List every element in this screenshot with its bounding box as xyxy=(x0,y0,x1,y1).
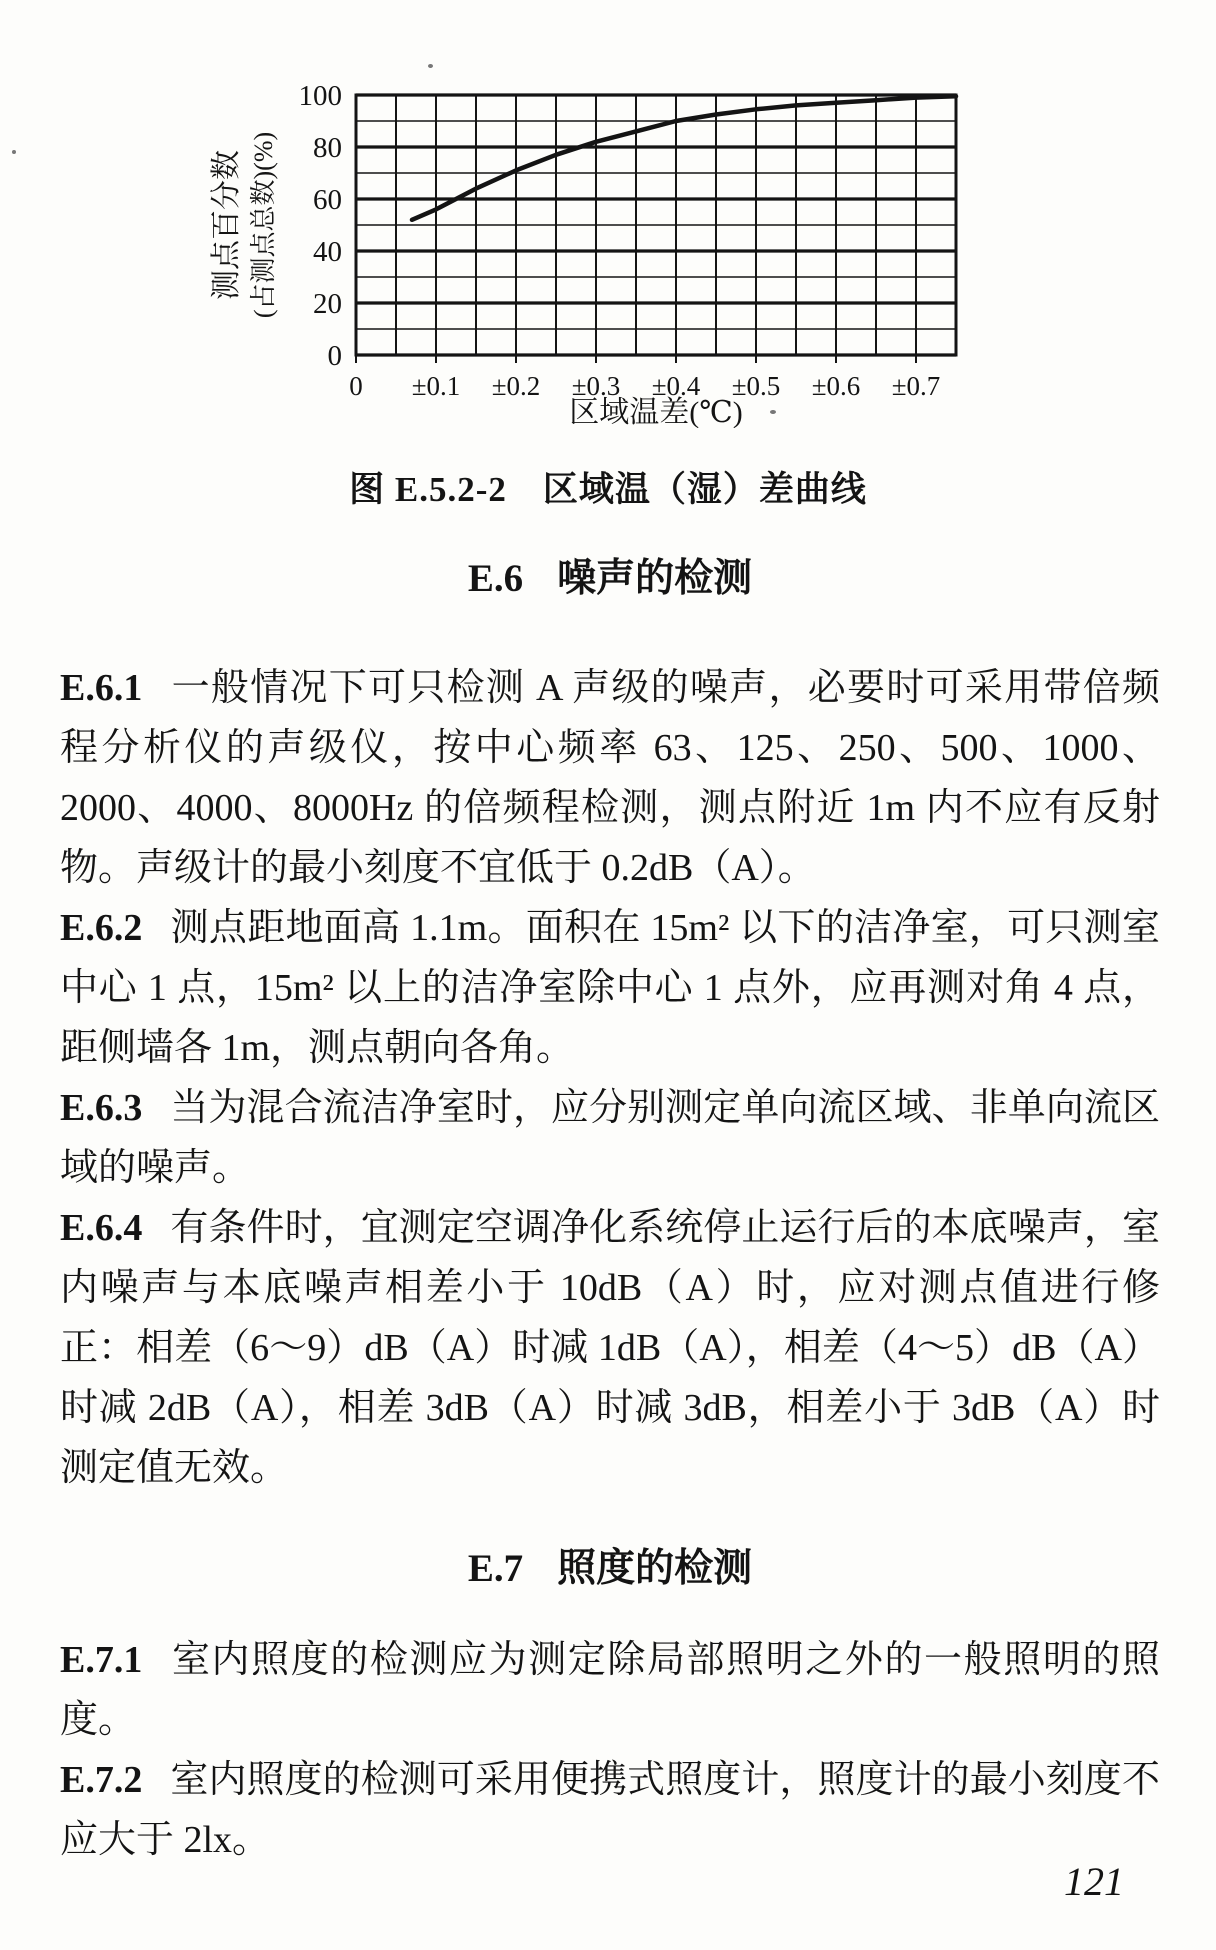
y-tick-label: 100 xyxy=(299,80,343,112)
paragraph-e63: E.6.3当为混合流洁净室时，应分别测定单向流区域、非单向流区域的噪声。 xyxy=(60,1078,1160,1198)
clause-text: 测点距地面高 1.1m。面积在 15m² 以下的洁净室，可只测室中心 1 点，1… xyxy=(60,907,1160,1069)
x-tick-label: ±0.6 xyxy=(812,371,861,401)
x-tick-label: 0 xyxy=(349,371,363,401)
data-curve xyxy=(412,96,956,220)
x-axis-title: 区域温差(℃) xyxy=(569,396,743,428)
clause-label: E.6.4 xyxy=(60,1207,142,1249)
temperature-curve-chart: 0±0.1±0.2±0.3±0.4±0.5±0.6±0.702040608010… xyxy=(206,76,1006,428)
y-tick-label: 20 xyxy=(313,288,342,320)
y-tick-label: 0 xyxy=(328,340,343,372)
section-heading-e7: E.7照度的检测 xyxy=(60,1546,1160,1592)
x-tick-label: ±0.2 xyxy=(492,371,541,401)
clause-label: E.7.1 xyxy=(60,1639,142,1681)
y-axis-title-line2: (占测点总数)(%) xyxy=(249,132,278,318)
clause-text: 室内照度的检测可采用便携式照度计，照度计的最小刻度不应大于 2lx。 xyxy=(60,1759,1160,1861)
figure-caption: 图 E.5.2-2 区域温（湿）差曲线 xyxy=(0,462,1216,512)
clause-label: E.6.2 xyxy=(60,907,142,949)
clause-text: 室内照度的检测应为测定除局部照明之外的一般照明的照度。 xyxy=(60,1639,1160,1741)
clause-text: 有条件时，宜测定空调净化系统停止运行后的本底噪声，室内噪声与本底噪声相差小于 1… xyxy=(60,1207,1160,1489)
paragraph-e62: E.6.2测点距地面高 1.1m。面积在 15m² 以下的洁净室，可只测室中心 … xyxy=(60,898,1160,1078)
section-heading-e6: E.6噪声的检测 xyxy=(60,556,1160,602)
clause-text: 当为混合流洁净室时，应分别测定单向流区域、非单向流区域的噪声。 xyxy=(60,1087,1160,1189)
document-page: { "figure": { "caption": "图 E.5.2-2 区域温（… xyxy=(0,0,1216,1950)
y-tick-label: 40 xyxy=(313,236,342,268)
y-axis-title-line1: 测点百分数 xyxy=(210,150,243,300)
figure-e522: 0±0.1±0.2±0.3±0.4±0.5±0.6±0.702040608010… xyxy=(206,76,1006,433)
scan-speck xyxy=(428,64,433,68)
section-number: E.6 xyxy=(468,557,523,600)
paragraph-e71: E.7.1室内照度的检测应为测定除局部照明之外的一般照明的照度。 xyxy=(60,1630,1160,1750)
section-title: 噪声的检测 xyxy=(557,557,752,600)
section-number: E.7 xyxy=(468,1547,523,1590)
page-number: 121 xyxy=(1064,1858,1124,1905)
clause-text: 一般情况下可只检测 A 声级的噪声，必要时可采用带倍频程分析仪的声级仪，按中心频… xyxy=(60,667,1160,889)
section-title: 照度的检测 xyxy=(557,1547,752,1590)
x-tick-label: ±0.1 xyxy=(412,371,461,401)
paragraph-e61: E.6.1一般情况下可只检测 A 声级的噪声，必要时可采用带倍频程分析仪的声级仪… xyxy=(60,658,1160,898)
x-tick-label: ±0.7 xyxy=(892,371,941,401)
paragraph-e72: E.7.2室内照度的检测可采用便携式照度计，照度计的最小刻度不应大于 2lx。 xyxy=(60,1750,1160,1870)
y-tick-label: 60 xyxy=(313,184,342,216)
paragraph-e64: E.6.4有条件时，宜测定空调净化系统停止运行后的本底噪声，室内噪声与本底噪声相… xyxy=(60,1198,1160,1498)
clause-label: E.6.3 xyxy=(60,1087,142,1129)
y-tick-label: 80 xyxy=(313,132,342,164)
scan-speck xyxy=(12,150,16,154)
clause-label: E.7.2 xyxy=(60,1759,142,1801)
clause-label: E.6.1 xyxy=(60,667,142,709)
page-content: E.6噪声的检测 E.6.1一般情况下可只检测 A 声级的噪声，必要时可采用带倍… xyxy=(60,556,1160,1870)
